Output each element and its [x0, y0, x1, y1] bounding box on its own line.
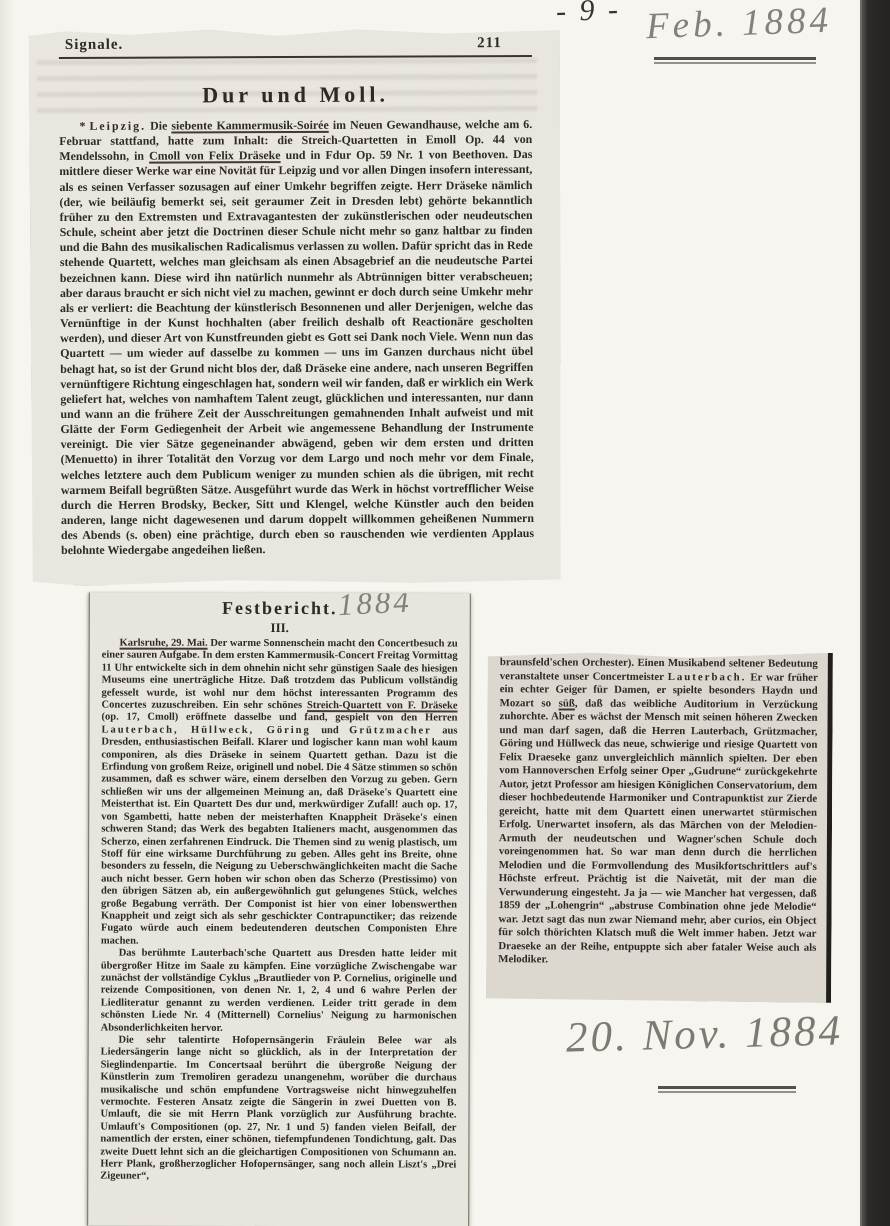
paragraph: Karlsruhe, 29. Mai. Der warme Sonnensche…: [101, 638, 458, 949]
pencil-double-underline-top: [654, 57, 816, 65]
article-body: Karlsruhe, 29. Mai. Der warme Sonnensche…: [100, 638, 457, 1185]
paragraph: braunsfeld'schen Orchester). Einen Musik…: [498, 656, 818, 968]
handwritten-date-feb-1884: Feb. 1884: [645, 0, 832, 48]
text-segment: , daß das weibliche Auditorium in Verzüc…: [498, 697, 817, 965]
text-segment: Lauterbach.: [668, 671, 747, 683]
text-segment: Leipzig.: [89, 119, 146, 133]
text-segment: (op. 17, Cmoll) eröffnete dasselbe und f…: [101, 712, 457, 724]
text-segment: Grützmacher: [349, 725, 432, 736]
article-body: * Leipzig. Die siebente Kammermusik-Soir…: [59, 117, 534, 559]
text-segment: Das berühmte Lauterbach'sche Quartett au…: [101, 948, 457, 1034]
clipping-festbericht-karlsruhe: 1884 Festbericht. III. Karlsruhe, 29. Ma…: [87, 593, 471, 1226]
underlined-phrase: Streich-Quartett von F. Dräseke: [307, 700, 457, 711]
underlined-phrase: Karlsruhe, 29. Mai.: [120, 638, 208, 649]
underlined-phrase: siebente Kammermusik-Soirée: [171, 118, 328, 133]
handwritten-year-1884: 1884: [337, 593, 413, 624]
handwritten-date-20-nov-1884: 20. Nov. 1884: [565, 1006, 843, 1062]
underlined-phrase: süß: [559, 697, 575, 709]
section-numeral: III.: [102, 620, 458, 637]
text-segment: und in Fdur Op. 59 Nr. 1 von Beethoven. …: [59, 147, 534, 557]
clipping-lauterbach-concert: braunsfeld'schen Orchester). Einen Musik…: [486, 651, 833, 1003]
text-segment: Die sehr talentirte Hofopernsängerin Frä…: [100, 1035, 456, 1183]
text-segment: Lauterbach, Hüllweck, Göring: [101, 724, 310, 736]
paragraph: Das berühmte Lauterbach'sche Quartett au…: [101, 948, 457, 1036]
text-segment: Die: [146, 119, 171, 133]
paragraph: Die sehr talentirte Hofopernsängerin Frä…: [100, 1035, 456, 1185]
journal-page-number: 211: [477, 35, 502, 52]
text-segment: aus Dresden, enthusiastischen Beifall. K…: [101, 725, 458, 946]
text-segment: und: [311, 725, 349, 736]
pencil-double-underline-bottom: [658, 1086, 796, 1094]
text-segment: *: [79, 119, 89, 133]
handwritten-page-number: - 9 -: [555, 0, 621, 29]
journal-masthead: Signale.: [65, 37, 124, 54]
article-title: Dur und Moll.: [59, 81, 532, 109]
journal-header: Signale. 211: [59, 33, 532, 59]
clipping-signale-dur-und-moll: Signale. 211 Dur und Moll. * Leipzig. Di…: [29, 27, 562, 586]
paragraph: * Leipzig. Die siebente Kammermusik-Soir…: [59, 117, 534, 559]
article-body: braunsfeld'schen Orchester). Einen Musik…: [498, 656, 818, 968]
scan-edge-shadow: [860, 0, 890, 1226]
scanned-page: - 9 - Feb. 1884 Signale. 211 Dur und Mol…: [0, 0, 890, 1226]
underlined-phrase: Cmoll von Felix Dräseke: [149, 148, 280, 163]
